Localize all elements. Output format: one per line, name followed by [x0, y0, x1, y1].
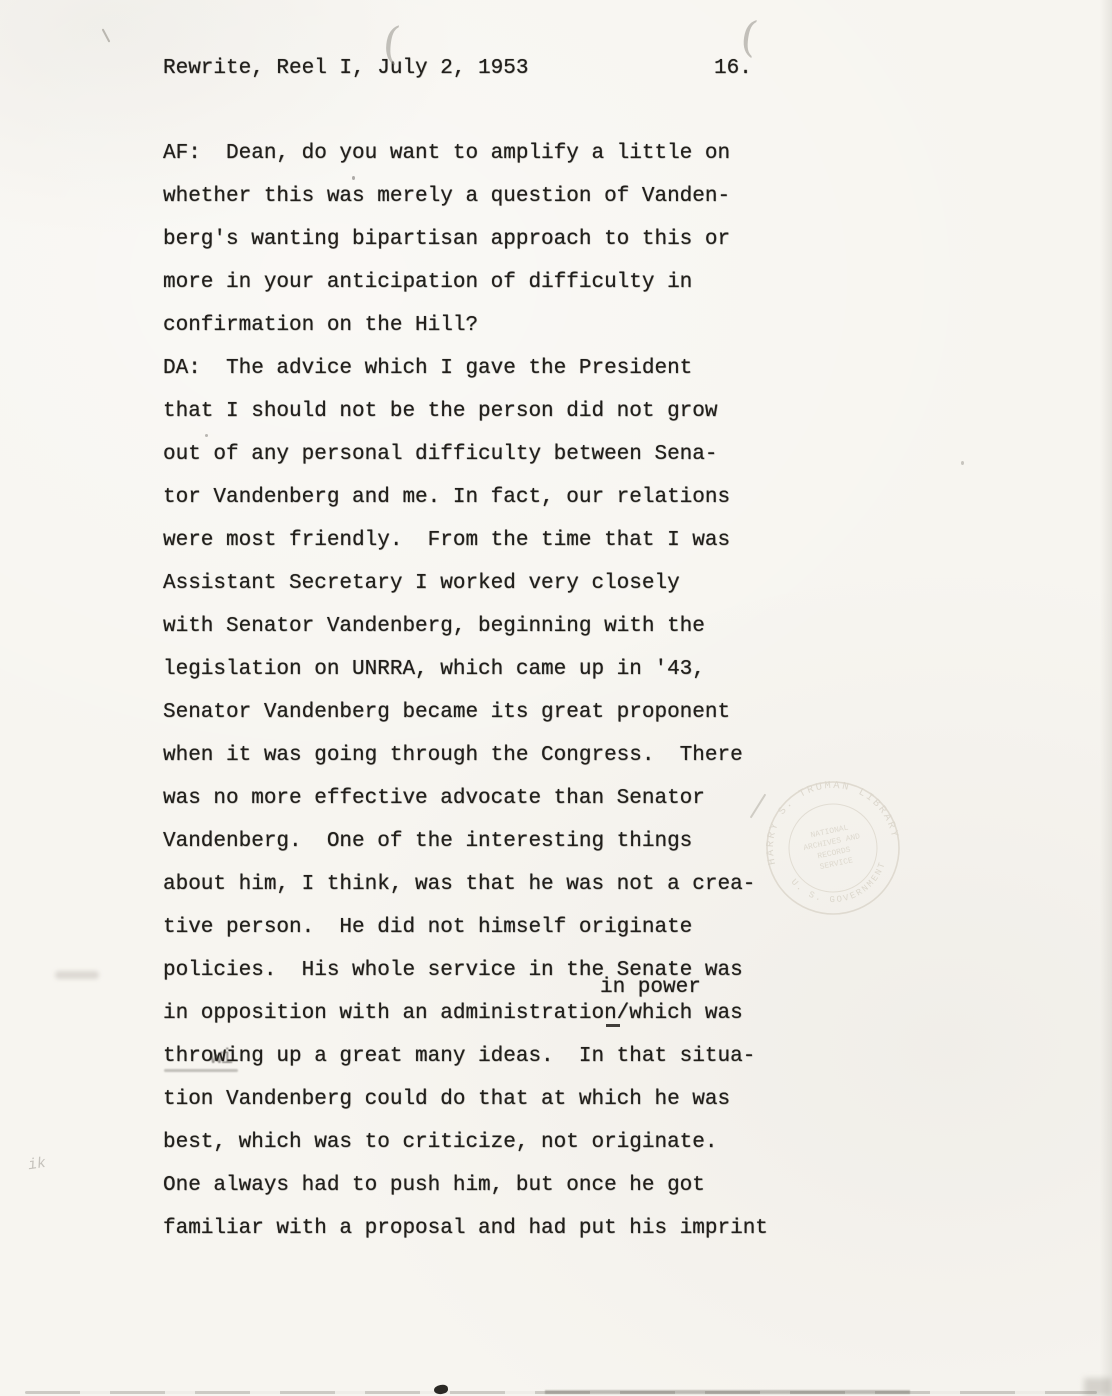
interlinear-insertion: in power	[600, 976, 701, 999]
transcript-line: AF: Dean, do you want to amplify a littl…	[163, 132, 823, 175]
transcript-line: in opposition with an administration/whi…	[163, 992, 823, 1035]
ink-speck	[205, 434, 208, 437]
transcript-line: were most friendly. From the time that I…	[163, 519, 823, 562]
seal-center-text: NATIONAL ARCHIVES AND RECORDS SERVICE	[800, 821, 865, 874]
transcript-line: tor Vandenberg and me. In fact, our rela…	[163, 476, 823, 519]
pencil-margin-note: ik	[27, 1155, 47, 1174]
ink-speck	[352, 176, 355, 180]
transcript-line: One always had to push him, but once he …	[163, 1164, 823, 1207]
transcript-line: DA: The advice which I gave the Presiden…	[163, 347, 823, 390]
overtype-smudge	[164, 1069, 238, 1072]
transcript-line: best, which was to criticize, not origin…	[163, 1121, 823, 1164]
transcript-line: Senator Vandenberg became its great prop…	[163, 691, 823, 734]
transcript-line: more in your anticipation of difficulty …	[163, 261, 823, 304]
transcript-line: when it was going through the Congress. …	[163, 734, 823, 777]
transcript-line: tion Vandenberg could do that at which h…	[163, 1078, 823, 1121]
transcript-line: that I should not be the person did not …	[163, 390, 823, 433]
pencil-tick-mark	[102, 28, 111, 42]
transcript-line: with Senator Vandenberg, beginning with …	[163, 605, 823, 648]
scanned-document-page: Rewrite, Reel I, July 2, 1953 16. AF: De…	[0, 0, 1112, 1396]
transcript-line: Vandenberg. One of the interesting thing…	[163, 820, 823, 863]
margin-smudge	[55, 971, 99, 979]
ink-speck	[961, 461, 964, 465]
pencil-paren-mark: (	[738, 11, 761, 62]
overtype-ghost-mark: wi	[210, 1047, 231, 1070]
transcript-line: berg's wanting bipartisan approach to th…	[163, 218, 823, 261]
transcript-line: tive person. He did not himself originat…	[163, 906, 823, 949]
document-header-title: Rewrite, Reel I, July 2, 1953	[163, 57, 528, 80]
transcript-line: whether this was merely a question of Va…	[163, 175, 823, 218]
transcript-line: policies. His whole service in the Senat…	[163, 949, 823, 992]
transcript-line: throwing up a great many ideas. In that …	[163, 1035, 823, 1078]
insertion-caret-underline	[606, 1024, 620, 1027]
scan-right-edge	[1100, 0, 1112, 1396]
transcript-line: was no more effective advocate than Sena…	[163, 777, 823, 820]
transcript-line: about him, I think, was that he was not …	[163, 863, 823, 906]
transcript-body: AF: Dean, do you want to amplify a littl…	[163, 132, 823, 1250]
transcript-line: Assistant Secretary I worked very closel…	[163, 562, 823, 605]
transcript-line: legislation on UNRRA, which came up in '…	[163, 648, 823, 691]
transcript-line: out of any personal difficulty between S…	[163, 433, 823, 476]
transcript-line: familiar with a proposal and had put his…	[163, 1207, 823, 1250]
truman-library-seal: HARRY S. TRUMAN LIBRARY U. S. GOVERNMENT…	[732, 747, 934, 949]
transcript-line: confirmation on the Hill?	[163, 304, 823, 347]
scan-bottom-edge-dark	[545, 1390, 910, 1394]
